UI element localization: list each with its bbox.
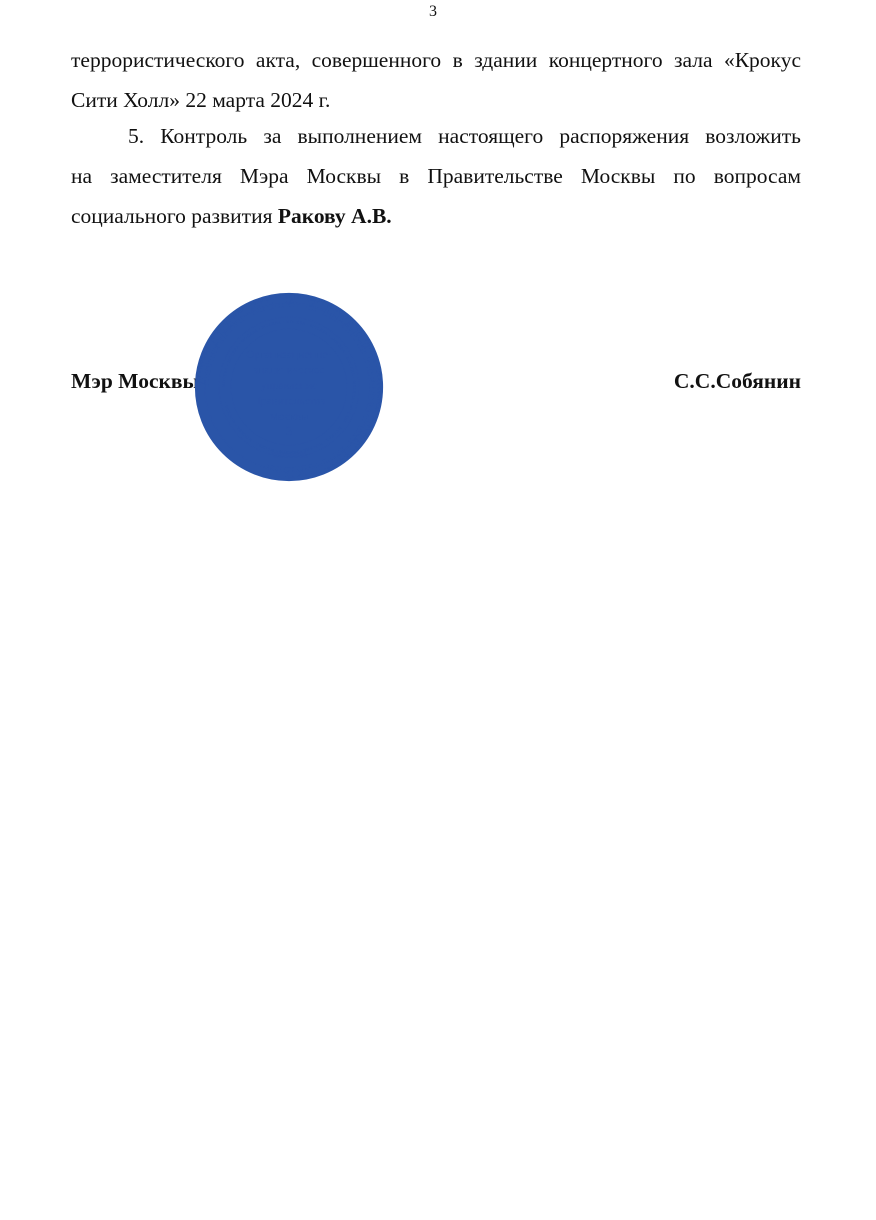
svg-text:управление: управление [261, 380, 317, 392]
svg-text:Москвы: Москвы [269, 411, 309, 423]
text-line: социального развития Ракову А.В. [71, 196, 801, 236]
svg-text:Правительства: Правительства [253, 396, 325, 408]
signatory-name: С.С.Собянин [674, 369, 801, 394]
text-line: на заместителя Мэра Москвы в Правительст… [71, 156, 801, 196]
paragraph-continuation: террористического акта, совершенного в з… [71, 40, 801, 120]
text-prefix: социального развития [71, 204, 278, 228]
page-number: 3 [0, 3, 866, 21]
responsible-person: Ракову А.В. [278, 204, 392, 228]
text-line: террористического акта, совершенного в з… [71, 40, 801, 80]
text-line: Сити Холл» 22 марта 2024 г. [71, 80, 801, 120]
svg-text:аналитическое: аналитическое [253, 365, 325, 377]
text-line: 5. Контроль за выполнением настоящего ра… [71, 116, 801, 156]
svg-text:Организационно-: Организационно- [246, 349, 332, 361]
paragraph-5: 5. Контроль за выполнением настоящего ра… [71, 116, 801, 236]
signatory-title: Мэр Москвы [71, 369, 199, 394]
svg-text:3: 3 [286, 425, 293, 440]
official-stamp: СЕРТИФИКАТ № ПС.П.П.848 • 2020.02 • СЕРТ… [194, 292, 384, 482]
